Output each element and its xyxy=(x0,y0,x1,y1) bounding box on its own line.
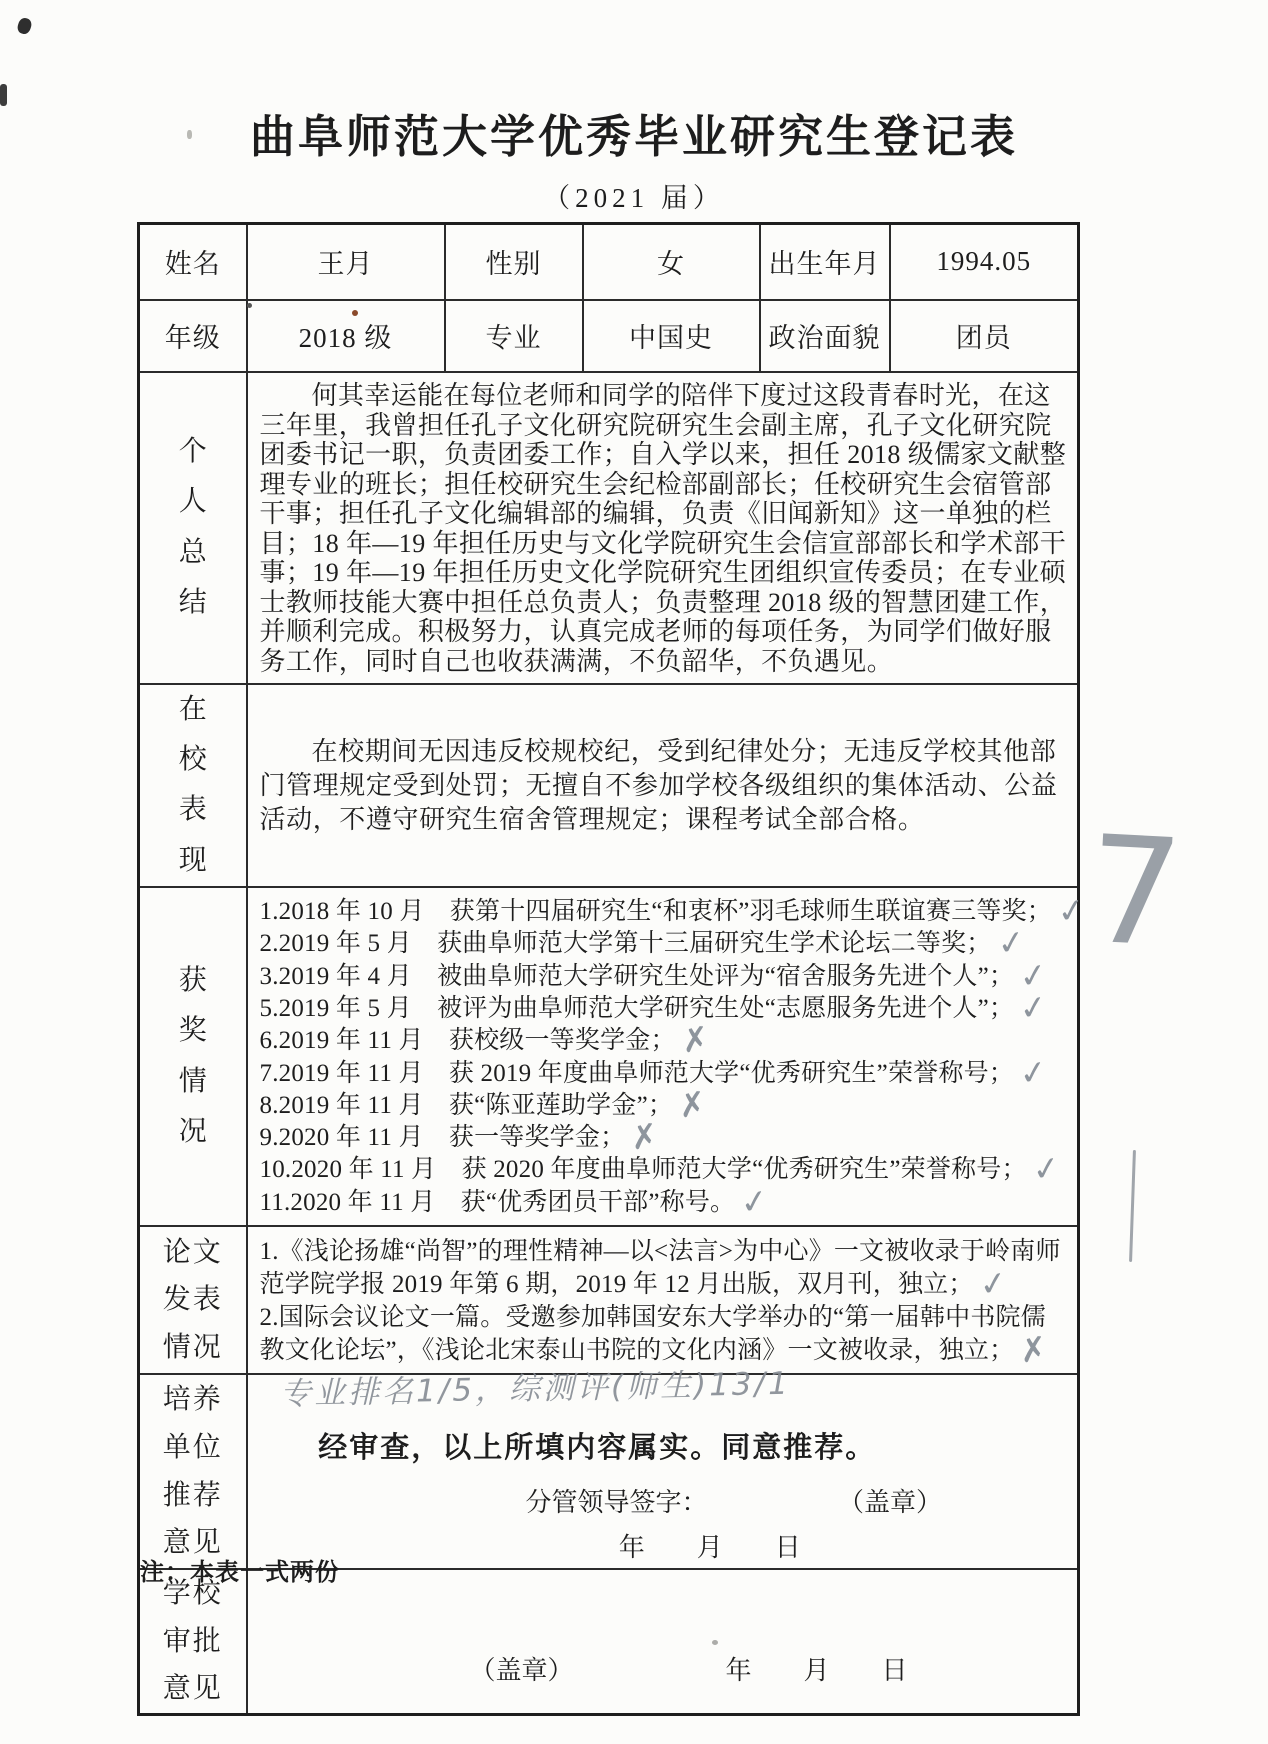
pen-check-mark: ✓ xyxy=(1020,1006,1048,1010)
awards-row: 获奖情况 1.2018 年 10 月 获第十四届研究生“和衷杯”羽毛球师生联谊赛… xyxy=(139,887,1079,1226)
recommendation-statement: 经审查，以上所填内容属实。同意推荐。 xyxy=(258,1425,1068,1466)
publications-label: 论文发表情况 xyxy=(139,1226,247,1374)
value-grade: 2018 级 xyxy=(247,300,445,372)
school-performance-cell: 在校期间无因违反校规校纪，受到纪律处分；无违反学校其他部门管理规定受到处罚；无擅… xyxy=(247,684,1079,888)
pen-x-mark: ✗ xyxy=(681,1038,709,1042)
pen-check-mark: ✓ xyxy=(1020,974,1048,978)
award-text: 11.2020 年 11 月 获“优秀团员干部”称号。 xyxy=(260,1189,736,1216)
approval-row: 学校审批意见 （盖章） 年 月 日 xyxy=(139,1569,1079,1714)
label-gender: 性别 xyxy=(445,224,583,300)
value-gender: 女 xyxy=(583,224,760,300)
award-item: 10.2020 年 11 月 获 2020 年度曲阜师范大学“优秀研究生”荣誉称… xyxy=(260,1154,1068,1186)
award-item: 1.2018 年 10 月 获第十四届研究生“和衷杯”羽毛球师生联谊赛三等奖；✓ xyxy=(260,896,1068,928)
footer-note: 注：本表一式两份 xyxy=(140,1552,340,1587)
award-text: 10.2020 年 11 月 获 2020 年度曲阜师范大学“优秀研究生”荣誉称… xyxy=(260,1156,1027,1183)
personal-summary-text: 何其幸运能在每位老师和同学的陪伴下度过这段青春时光，在这三年里，我曾担任孔子文化… xyxy=(260,381,1068,676)
school-performance-label: 在校表现 xyxy=(139,684,247,888)
approval-seal-date-row: （盖章） 年 月 日 xyxy=(258,1588,1068,1695)
publications-cell: 1.《浅论扬雄“尚智”的理性精神—以<法言>为中心》一文被收录于岭南师范学院学报… xyxy=(247,1226,1079,1374)
value-political-status: 团员 xyxy=(890,300,1079,372)
handwritten-margin-seven: 7 xyxy=(1084,816,1186,969)
info-row-2: 年级 2018 级 专业 中国史 政治面貌 团员 xyxy=(139,300,1079,372)
publication-item: 1.《浅论扬雄“尚智”的理性精神—以<法言>为中心》一文被收录于岭南师范学院学报… xyxy=(260,1235,1068,1301)
approval-date-line: 年 月 日 xyxy=(726,1650,908,1687)
info-row-1: 姓名 王月 性别 女 出生年月 1994.05 xyxy=(139,224,1079,300)
award-text: 2.2019 年 5 月 获曲阜师范大学第十三届研究生学术论坛二等奖； xyxy=(260,930,992,957)
pen-check-mark: ✓ xyxy=(1020,1071,1048,1075)
label-major: 专业 xyxy=(445,300,583,372)
award-text: 1.2018 年 10 月 获第十四届研究生“和衷杯”羽毛球师生联谊赛三等奖； xyxy=(260,898,1053,925)
personal-summary-cell: 何其幸运能在每位老师和同学的陪伴下度过这段青春时光，在这三年里，我曾担任孔子文化… xyxy=(247,372,1079,684)
award-text: 5.2019 年 5 月 被评为曲阜师范大学研究生处“志愿服务先进个人”； xyxy=(260,995,1015,1022)
award-item: 6.2019 年 11 月 获校级一等奖学金；✗ xyxy=(260,1025,1068,1057)
seal-label: （盖章） xyxy=(838,1482,942,1519)
school-performance-text: 在校期间无因违反校规校纪，受到纪律处分；无违反学校其他部门管理规定受到处罚；无擅… xyxy=(260,735,1068,837)
award-text: 8.2019 年 11 月 获“陈亚莲助学金”； xyxy=(260,1092,674,1119)
publications-row: 论文发表情况 1.《浅论扬雄“尚智”的理性精神—以<法言>为中心》一文被收录于岭… xyxy=(139,1226,1079,1374)
value-birth-date: 1994.05 xyxy=(890,224,1079,300)
seal-label: （盖章） xyxy=(470,1650,574,1687)
handwritten-margin-stroke xyxy=(1129,1150,1136,1262)
school-performance-row: 在校表现 在校期间无因违反校规校纪，受到纪律处分；无违反学校其他部门管理规定受到… xyxy=(139,684,1079,888)
pen-x-mark: ✗ xyxy=(679,1103,707,1107)
scan-artifact-speck xyxy=(187,130,192,139)
publication-text: 1.《浅论扬雄“尚智”的理性精神—以<法言>为中心》一文被收录于岭南师范学院学报… xyxy=(260,1238,1061,1298)
leader-signature-label: 分管领导签字： xyxy=(526,1482,708,1519)
recommendation-label: 培养单位推荐意见 xyxy=(139,1374,247,1569)
approval-cell: （盖章） 年 月 日 xyxy=(247,1569,1079,1714)
recommendation-cell: 专业排名1/5，综测评(师生)13/1 经审查，以上所填内容属实。同意推荐。 分… xyxy=(247,1374,1079,1569)
recommendation-date-line: 年 月 日 xyxy=(258,1527,1068,1564)
award-item: 2.2019 年 5 月 获曲阜师范大学第十三届研究生学术论坛二等奖；✓ xyxy=(260,928,1068,960)
scan-artifact-speck xyxy=(0,84,7,106)
label-name: 姓名 xyxy=(139,224,247,300)
personal-summary-label: 个人总结 xyxy=(139,372,247,684)
value-major: 中国史 xyxy=(583,300,760,372)
pen-x-mark: ✗ xyxy=(631,1135,659,1139)
pen-check-mark: ✓ xyxy=(979,1282,1007,1286)
publication-item: 2.国际会议论文一篇。受邀参加韩国安东大学举办的“第一届韩中书院儒教文化论坛”，… xyxy=(260,1301,1068,1367)
awards-cell: 1.2018 年 10 月 获第十四届研究生“和衷杯”羽毛球师生联谊赛三等奖；✓… xyxy=(247,887,1079,1226)
pen-check-mark: ✓ xyxy=(1032,1167,1060,1171)
award-text: 6.2019 年 11 月 获校级一等奖学金； xyxy=(260,1027,676,1054)
publication-text: 2.国际会议论文一篇。受邀参加韩国安东大学举办的“第一届韩中书院儒教文化论坛”，… xyxy=(260,1304,1046,1364)
pen-x-mark: ✗ xyxy=(1020,1348,1048,1352)
scanned-form-page: 曲阜师范大学优秀毕业研究生登记表 （2021 届） 姓名 王月 性别 女 出生年… xyxy=(0,0,1268,1744)
award-text: 9.2020 年 11 月 获一等奖学金； xyxy=(260,1124,626,1151)
recommendation-signature-row: 分管领导签字： （盖章） xyxy=(258,1482,1068,1519)
label-grade: 年级 xyxy=(139,300,247,372)
award-text: 3.2019 年 4 月 被曲阜师范大学研究生处评为“宿舍服务先进个人”； xyxy=(260,963,1015,990)
approval-label: 学校审批意见 xyxy=(139,1569,247,1714)
awards-label: 获奖情况 xyxy=(139,887,247,1226)
award-item: 11.2020 年 11 月 获“优秀团员干部”称号。✓ xyxy=(260,1187,1068,1219)
label-political-status: 政治面貌 xyxy=(760,300,890,372)
award-text: 7.2019 年 11 月 获 2019 年度曲阜师范大学“优秀研究生”荣誉称号… xyxy=(260,1060,1014,1087)
label-birth-date: 出生年月 xyxy=(760,224,890,300)
handwritten-ranking-note: 专业排名1/5，综测评(师生)13/1 xyxy=(279,1358,791,1414)
award-item: 7.2019 年 11 月 获 2019 年度曲阜师范大学“优秀研究生”荣誉称号… xyxy=(260,1058,1068,1090)
pen-check-mark: ✓ xyxy=(1058,909,1086,913)
award-item: 3.2019 年 4 月 被曲阜师范大学研究生处评为“宿舍服务先进个人”；✓ xyxy=(260,961,1068,993)
scan-artifact-speck xyxy=(247,303,252,308)
registration-form-table: 姓名 王月 性别 女 出生年月 1994.05 年级 2018 级 专业 中国史… xyxy=(137,222,1080,1716)
recommendation-row: 培养单位推荐意见 专业排名1/5，综测评(师生)13/1 经审查，以上所填内容属… xyxy=(139,1374,1079,1569)
award-item: 9.2020 年 11 月 获一等奖学金；✗ xyxy=(260,1122,1068,1154)
pen-check-mark: ✓ xyxy=(997,941,1025,945)
scan-artifact-speck xyxy=(352,310,358,316)
award-item: 8.2019 年 11 月 获“陈亚莲助学金”；✗ xyxy=(260,1090,1068,1122)
form-subtitle: （2021 届） xyxy=(0,176,1268,215)
value-name: 王月 xyxy=(247,224,445,300)
scan-artifact-speck xyxy=(16,16,33,35)
scan-artifact-speck xyxy=(712,1640,718,1645)
award-item: 5.2019 年 5 月 被评为曲阜师范大学研究生处“志愿服务先进个人”；✓ xyxy=(260,993,1068,1025)
pen-check-mark: ✓ xyxy=(741,1200,769,1204)
personal-summary-row: 个人总结 何其幸运能在每位老师和同学的陪伴下度过这段青春时光，在这三年里，我曾担… xyxy=(139,372,1079,684)
